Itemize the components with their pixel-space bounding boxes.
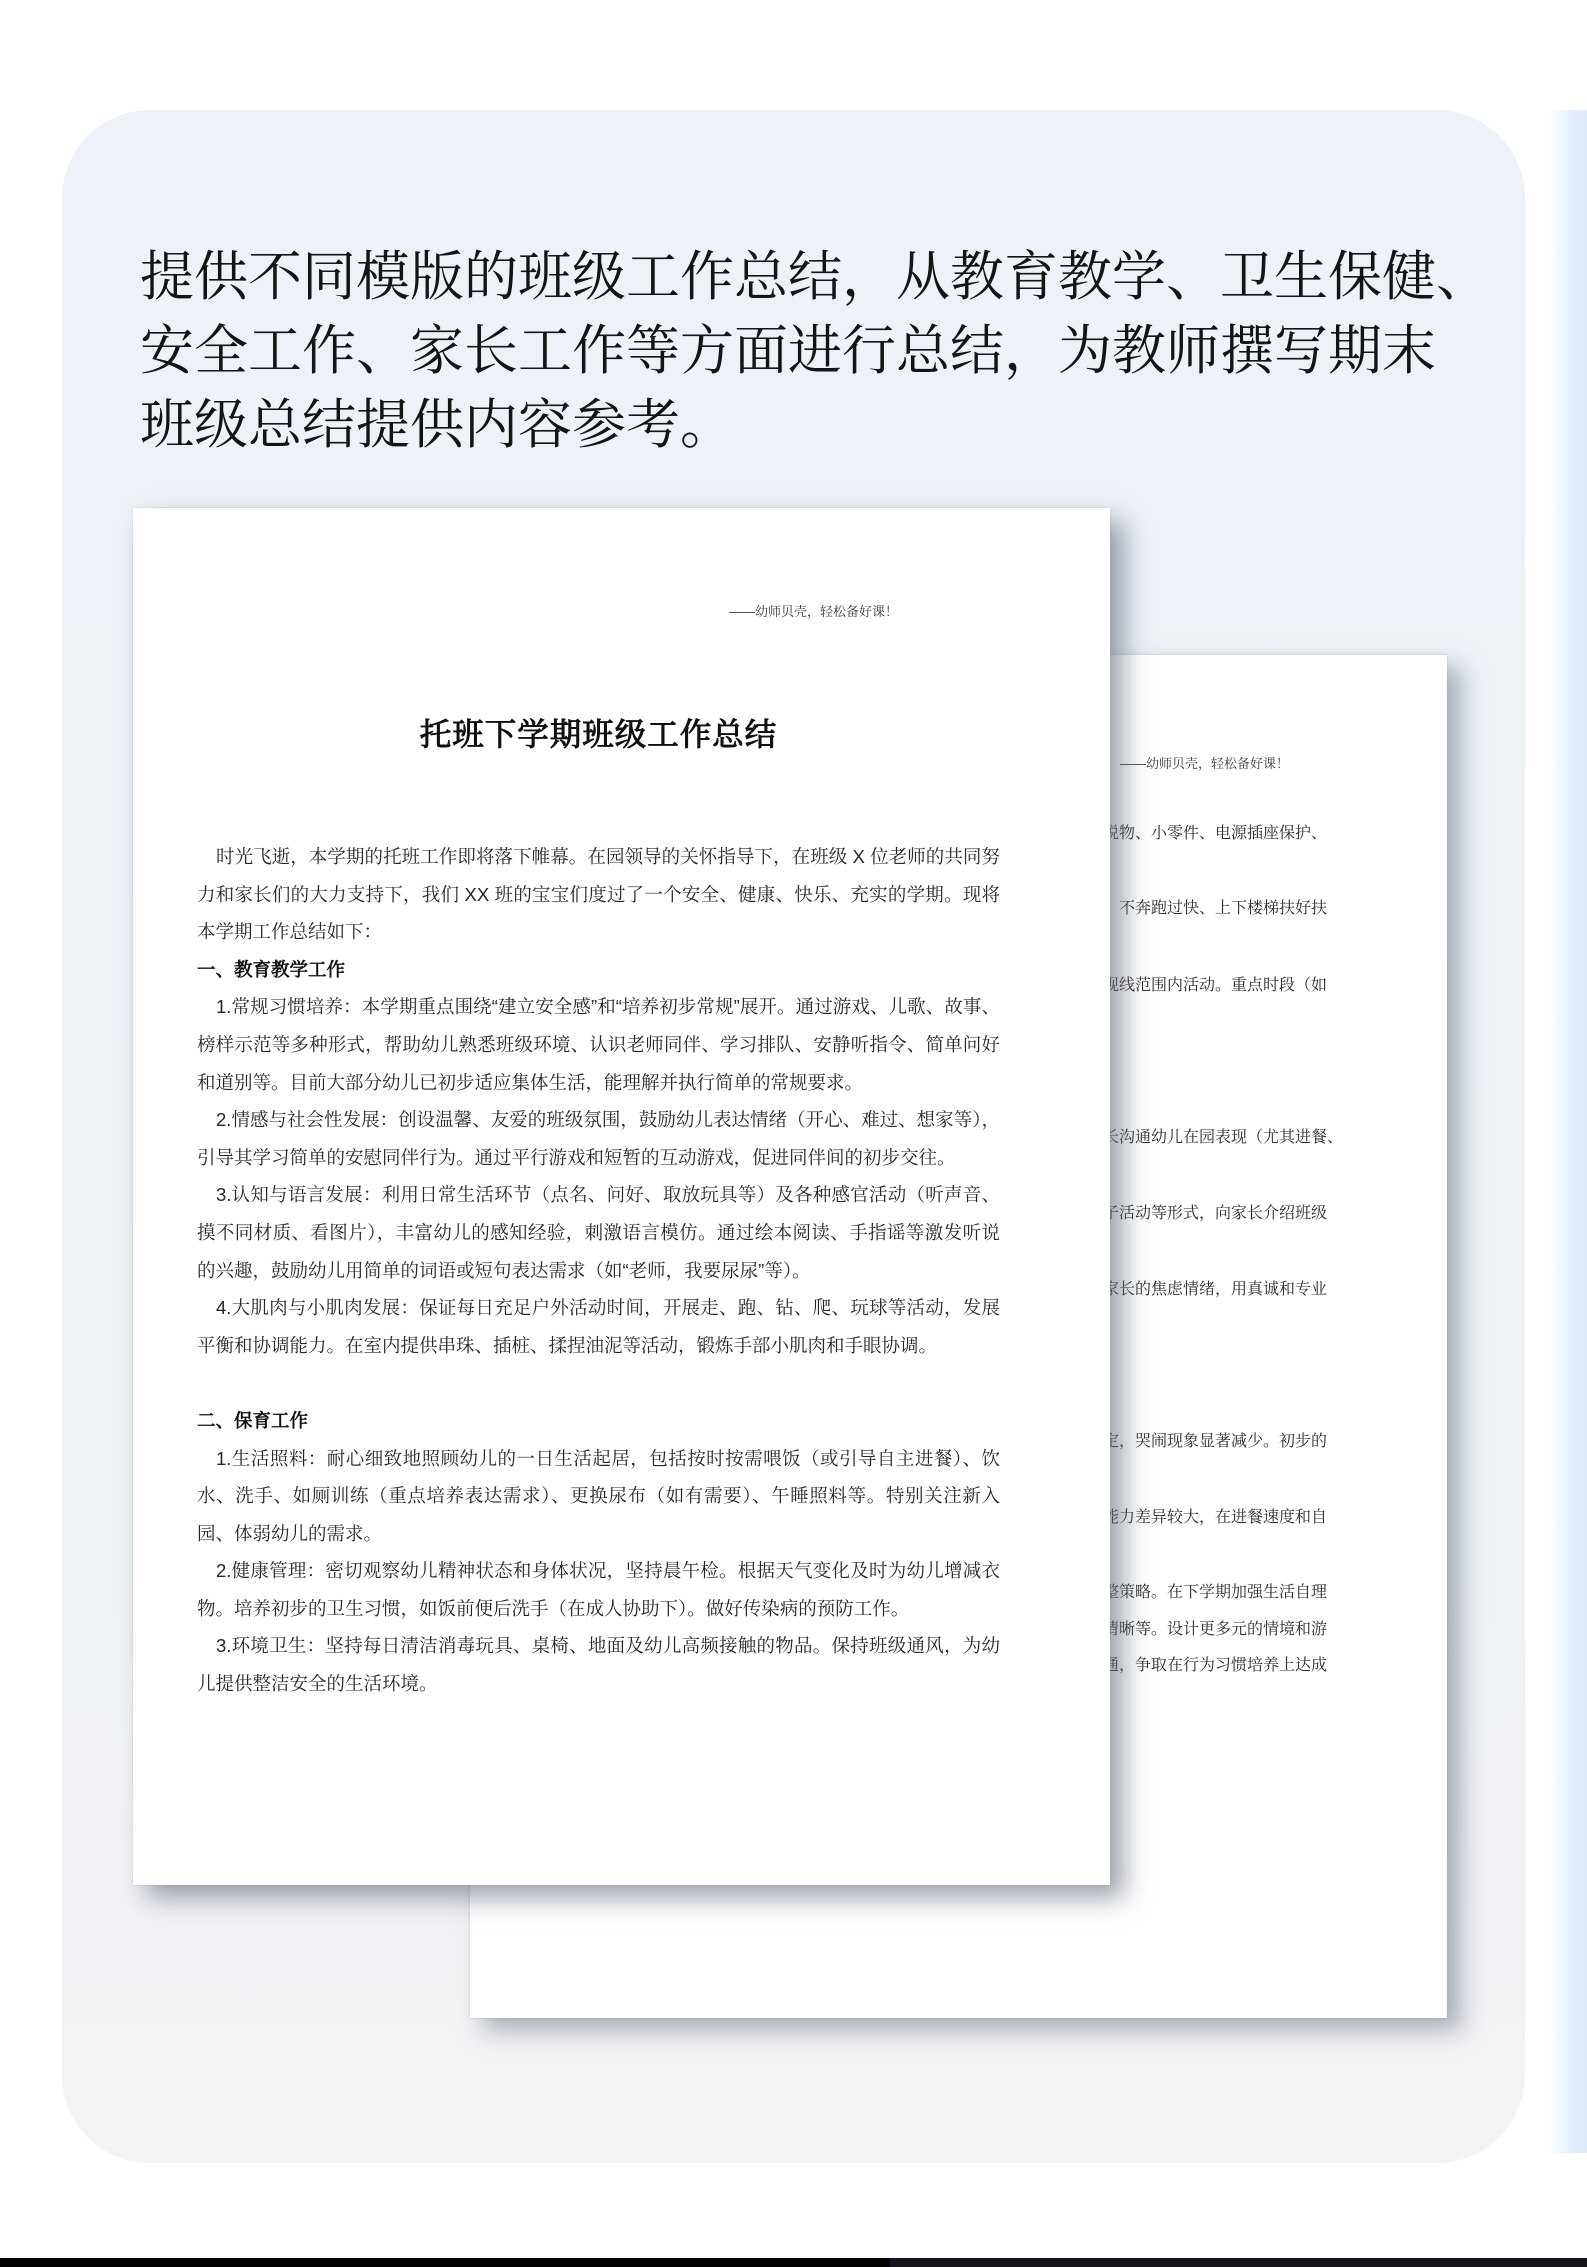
body-paragraph: 2.情感与社会性发展：创设温馨、友爱的班级氛围，鼓励幼儿表达情绪（开心、难过、想… [197,1101,1000,1176]
body-paragraph: 3.认知与语言发展：利用日常生活环节（点名、问好、取放玩具等）及各种感官活动（听… [197,1176,1000,1289]
body-paragraph: 3.环境卫生：坚持每日清洁消毒玩具、桌椅、地面及幼儿高频接触的物品。保持班级通风… [197,1627,1000,1702]
page2-text-fragment: 通，争取在行为习惯培养上达成 [1103,1656,1327,1676]
page2-text-fragment: 能力差异较大，在进餐速度和自 [1103,1508,1327,1528]
page2-text-fragment: 子活动等形式，向家长介绍班级 [1103,1204,1327,1224]
page2-text-fragment: 清晰等。设计更多元的情境和游 [1103,1620,1327,1640]
body-paragraph: 4.大肌肉与小肌肉发展：保证每日充足户外活动时间，开展走、跑、钻、爬、玩球等活动… [197,1289,1000,1364]
intro-line: 班级总结提供内容参考。 [140,388,1540,462]
page2-text-fragment: 锐物、小零件、电源插座保护、 [1103,824,1327,844]
bottom-bar [0,2258,1587,2267]
background-card-right-edge [1550,110,1587,2153]
body-paragraph: 1.生活照料：耐心细致地照顾幼儿的一日生活起居，包括按时按需喂饭（或引导自主进餐… [197,1440,1000,1553]
page1-body: 时光飞逝，本学期的托班工作即将落下帷幕。在园领导的关怀指导下，在班级 X 位老师… [197,838,1000,1703]
page2-text-fragment: 定，哭闹现象显著减少。初步的 [1103,1432,1327,1452]
body-paragraph: 2.健康管理：密切观察幼儿精神状态和身体状况，坚持晨午检。根据天气变化及时为幼儿… [197,1552,1000,1627]
body-paragraph: 时光飞逝，本学期的托班工作即将落下帷幕。在园领导的关怀指导下，在班级 X 位老师… [197,838,1000,951]
page1-document-title: 托班下学期班级工作总结 [197,710,1000,755]
section-heading: 二、保育工作 [197,1402,1000,1440]
bottom-bar-right-segment [890,2258,1587,2267]
page2-text-fragment: 视线范围内活动。重点时段（如 [1103,976,1327,996]
page2-text-fragment: 、不奔跑过快、上下楼梯扶好扶 [1103,899,1327,919]
body-paragraph: 1.常规习惯培养：本学期重点围绕“建立安全感”和“培养初步常规”展开。通过游戏、… [197,988,1000,1101]
page1-header-slogan: ——幼师贝壳，轻松备好课！ [729,601,898,620]
document-page-1: ——幼师贝壳，轻松备好课！ 托班下学期班级工作总结 时光飞逝，本学期的托班工作即… [133,508,1110,1885]
page2-text-fragment: 长沟通幼儿在园表现（尤其进餐、 [1103,1128,1343,1148]
intro-text: 提供不同模版的班级工作总结，从教育教学、卫生保健、安全工作、家长工作等方面进行总… [140,240,1540,462]
page2-text-fragment: 整策略。在下学期加强生活自理 [1103,1583,1327,1603]
section-heading: 一、教育教学工作 [197,951,1000,989]
intro-line: 安全工作、家长工作等方面进行总结，为教师撰写期末 [140,314,1540,388]
intro-line: 提供不同模版的班级工作总结，从教育教学、卫生保健、 [140,240,1540,314]
page2-text-fragment: 家长的焦虑情绪，用真诚和专业 [1103,1280,1327,1300]
